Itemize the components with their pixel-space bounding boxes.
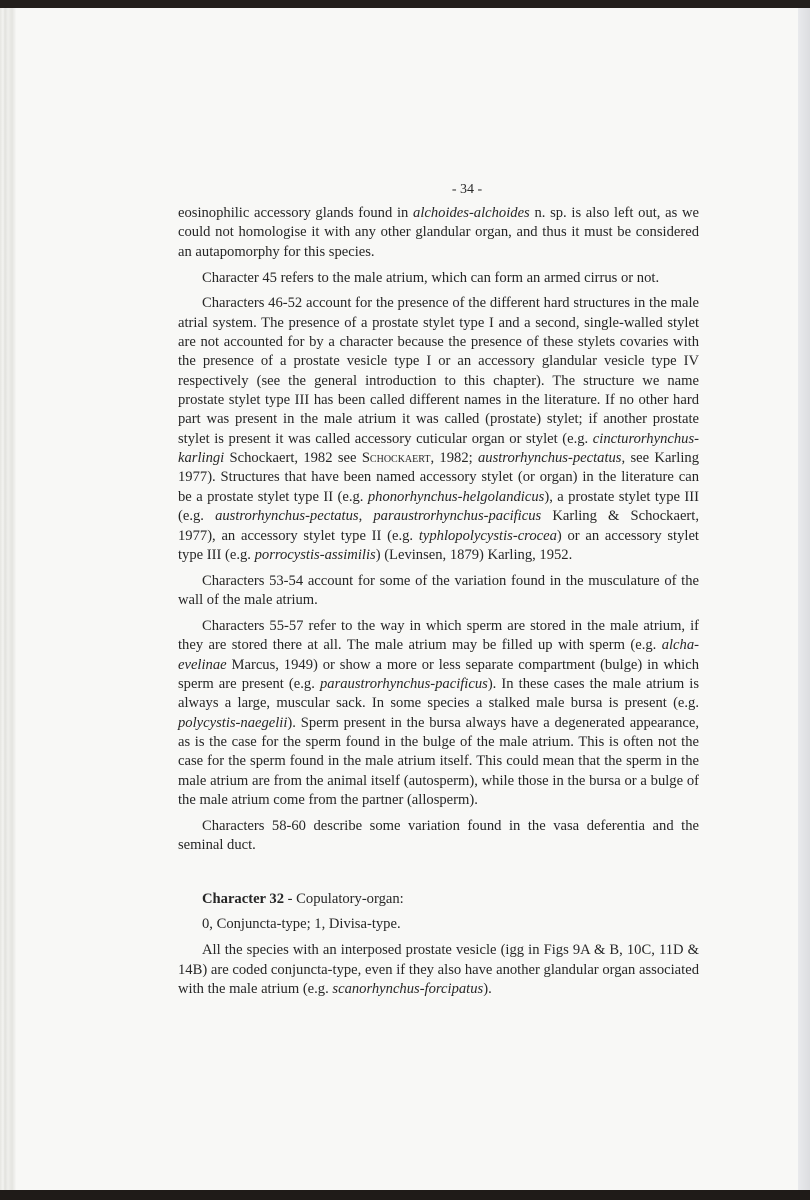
text-run: , bbox=[359, 508, 374, 524]
species-name: paraustrorhynchus-pacificus bbox=[320, 676, 488, 692]
species-name: paraustrorhynchus-pacificus bbox=[373, 508, 541, 524]
text-run: ) (Levinsen, 1879) Karling, 1952. bbox=[376, 547, 573, 563]
page-right-shadow bbox=[798, 8, 810, 1190]
text-run: , 1982; bbox=[430, 450, 478, 466]
character-heading-bold: Character 32 bbox=[202, 891, 284, 907]
species-name: polycystis-naegelii bbox=[178, 715, 287, 731]
text-run: Characters 53-54 account for some of the… bbox=[178, 573, 699, 608]
character-states: 0, Conjuncta-type; 1, Divisa-type. bbox=[178, 915, 699, 934]
paragraph-continued: eosinophilic accessory glands found in a… bbox=[178, 204, 699, 262]
author-name: Schockaert bbox=[362, 450, 431, 466]
section-spacer bbox=[178, 862, 699, 890]
text-run: Characters 58-60 describe some variation… bbox=[178, 818, 699, 853]
text-run: Character 45 refers to the male atrium, … bbox=[202, 270, 659, 286]
character-description: All the species with an interposed prost… bbox=[178, 941, 699, 999]
species-name: alchoides-alchoides bbox=[413, 205, 530, 221]
character-heading-title: - Copulatory-organ: bbox=[284, 891, 404, 907]
species-name: phonorhynchus-helgolandicus bbox=[368, 489, 544, 505]
text-run: Schockaert, 1982 see bbox=[224, 450, 362, 466]
scan-top-border bbox=[0, 0, 810, 8]
scan-bottom-border bbox=[0, 1190, 810, 1200]
page-binding-edge bbox=[0, 8, 16, 1190]
species-name: scanorhynchus-forcipatus bbox=[332, 981, 483, 997]
page-number: - 34 - bbox=[16, 182, 798, 198]
species-name: porrocystis-assimilis bbox=[255, 547, 376, 563]
paragraph-character-45: Character 45 refers to the male atrium, … bbox=[178, 269, 699, 288]
text-run: ). bbox=[483, 981, 492, 997]
text-run: Characters 46-52 account for the presenc… bbox=[178, 295, 699, 446]
paragraph-characters-46-52: Characters 46-52 account for the presenc… bbox=[178, 294, 699, 565]
species-name: austrorhynchus-pectatus bbox=[215, 508, 359, 524]
paragraph-characters-53-54: Characters 53-54 account for some of the… bbox=[178, 572, 699, 611]
species-name: typhlopolycystis-crocea bbox=[419, 528, 557, 544]
body-text: eosinophilic accessory glands found in a… bbox=[178, 204, 699, 1006]
species-name: austrorhynchus-pectatus bbox=[478, 450, 622, 466]
paragraph-characters-55-57: Characters 55-57 refer to the way in whi… bbox=[178, 617, 699, 810]
character-heading: Character 32 - Copulatory-organ: bbox=[178, 890, 699, 909]
paragraph-characters-58-60: Characters 58-60 describe some variation… bbox=[178, 817, 699, 856]
text-run: eosinophilic accessory glands found in bbox=[178, 205, 413, 221]
document-page: - 34 - eosinophilic accessory glands fou… bbox=[16, 8, 798, 1190]
text-run: Characters 55-57 refer to the way in whi… bbox=[178, 618, 699, 653]
